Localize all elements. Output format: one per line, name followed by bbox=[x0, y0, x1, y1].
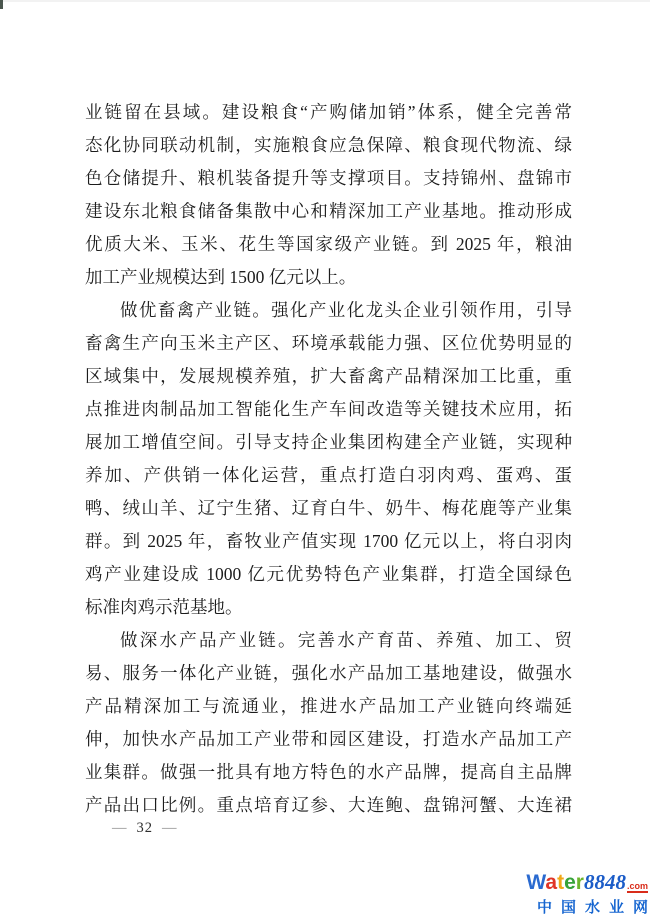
body-line: 态化协同联动机制，实施粮食应急保障、粮食现代物流、绿 bbox=[85, 129, 572, 162]
body-text: 业链留在县域。建设粮食“产购储加销”体系，健全完善常 态化协同联动机制，实施粮食… bbox=[85, 96, 572, 822]
paragraph: 做优畜禽产业链。强化产业化龙头企业引领作用，引导 畜禽生产向玉米主产区、环境承载… bbox=[85, 294, 572, 624]
body-line: 畜禽生产向玉米主产区、环境承载能力强、区位优势明显的 bbox=[85, 327, 572, 360]
body-line: 色仓储提升、粮机装备提升等支撑项目。支持锦州、盘锦市 bbox=[85, 162, 572, 195]
site-watermark[interactable]: Water8848.com 中国水业网 bbox=[526, 871, 648, 918]
body-line: 优质大米、玉米、花生等国家级产业链。到 2025 年，粮油 bbox=[85, 228, 572, 261]
page-number: —32— bbox=[103, 820, 187, 837]
scan-edge bbox=[0, 0, 650, 2]
page-number-dash: — bbox=[153, 820, 187, 836]
body-line: 建设东北粮食储备集散中心和精深加工产业基地。推动形成 bbox=[85, 195, 572, 228]
body-line: 鸡产业建设成 1000 亿元优势特色产业集群，打造全国绿色 bbox=[85, 558, 572, 591]
page-number-dash: — bbox=[103, 820, 137, 836]
body-line: 易、服务一体化产业链，强化水产品加工基地建设，做强水 bbox=[85, 657, 572, 690]
scan-corner-mark bbox=[0, 0, 3, 9]
logo-letter: a bbox=[545, 871, 557, 894]
paragraph: 做深水产品产业链。完善水产育苗、养殖、加工、贸 易、服务一体化产业链，强化水产品… bbox=[85, 624, 572, 822]
body-line: 做优畜禽产业链。强化产业化龙头企业引领作用，引导 bbox=[85, 294, 572, 327]
body-line: 展加工增值空间。引导支持企业集团构建全产业链，实现种 bbox=[85, 426, 572, 459]
logo-tld: .com bbox=[627, 881, 648, 893]
body-line: 业链留在县域。建设粮食“产购储加销”体系，健全完善常 bbox=[85, 96, 572, 129]
body-line: 群。到 2025 年，畜牧业产值实现 1700 亿元以上，将白羽肉 bbox=[85, 525, 572, 558]
body-line: 产品精深加工与流通业，推进水产品加工产业链向终端延 bbox=[85, 690, 572, 723]
paragraph: 业链留在县域。建设粮食“产购储加销”体系，健全完善常 态化协同联动机制，实施粮食… bbox=[85, 96, 572, 294]
logo-letter: e bbox=[564, 871, 576, 894]
watermark-site-name: 中国水业网 bbox=[526, 898, 650, 918]
body-line: 伸，加快水产品加工产业带和园区建设，打造水产品加工产 bbox=[85, 723, 572, 756]
body-line: 业集群。做强一批具有地方特色的水产品牌，提高自主品牌 bbox=[85, 756, 572, 789]
body-line: 加工产业规模达到 1500 亿元以上。 bbox=[85, 261, 572, 294]
body-line: 点推进肉制品加工智能化生产车间改造等关键技术应用，拓 bbox=[85, 393, 572, 426]
document-page: 业链留在县域。建设粮食“产购储加销”体系，健全完善常 态化协同联动机制，实施粮食… bbox=[0, 0, 650, 919]
body-line: 做深水产品产业链。完善水产育苗、养殖、加工、贸 bbox=[85, 624, 572, 657]
logo-number: 8848 bbox=[584, 870, 626, 894]
logo-letter: r bbox=[576, 871, 584, 894]
logo-letter: W bbox=[526, 871, 545, 894]
body-line: 标准肉鸡示范基地。 bbox=[85, 591, 572, 624]
body-line: 鸭、绒山羊、辽宁生猪、辽育白牛、奶牛、梅花鹿等产业集 bbox=[85, 492, 572, 525]
body-line: 养加、产供销一体化运营，重点打造白羽肉鸡、蛋鸡、蛋 bbox=[85, 459, 572, 492]
page-number-value: 32 bbox=[137, 820, 154, 836]
body-line: 区域集中，发展规模养殖，扩大畜禽产品精深加工比重，重 bbox=[85, 360, 572, 393]
body-line: 产品出口比例。重点培育辽参、大连鲍、盘锦河蟹、大连裙 bbox=[85, 789, 572, 822]
watermark-logo: Water8848.com bbox=[526, 871, 648, 898]
